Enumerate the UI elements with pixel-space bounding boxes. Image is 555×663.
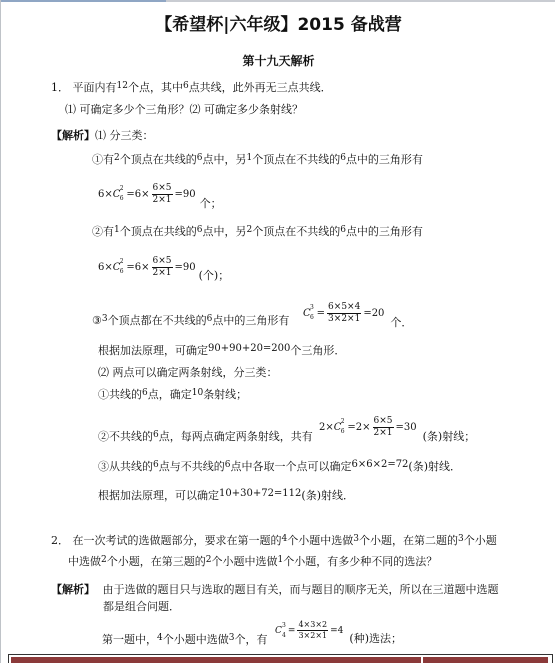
text: 点中，另 — [202, 153, 246, 166]
text: 个小题，在第三题的 — [107, 555, 206, 568]
text: 点中的三角形有 — [346, 153, 423, 166]
text: 个小题 — [464, 534, 497, 547]
analysis-1-heading: 【解析】⑴ 分三类： — [51, 129, 154, 143]
text: 个顶点在不共线的 — [252, 225, 340, 238]
sum-rays: 根据加法原理，可以确定10+30+72=112(条)射线． — [98, 489, 354, 504]
analysis-label: 【解析】 — [51, 129, 95, 142]
denominator: 2×1 — [153, 268, 172, 279]
text: ②不共线的 — [98, 430, 153, 443]
text: 点，每两点确定两条射线，共有 — [159, 430, 313, 443]
number: 3 — [102, 314, 108, 324]
denominator: 3×2×1 — [298, 631, 327, 641]
denominator: 2×1 — [374, 428, 393, 439]
formula-result: =20 — [363, 308, 384, 319]
document-title: 【希望杯|六年级】2015 备战营 — [1, 10, 555, 35]
number: 1 — [277, 555, 283, 565]
sup: 2 — [341, 418, 345, 425]
number: 3 — [458, 534, 464, 544]
ray-case-2: ②不共线的6点，每两点确定两条射线，共有 — [98, 430, 313, 445]
numerator: 6×5 — [152, 183, 173, 195]
text: 个顶点都在不共线的 — [108, 314, 207, 327]
ray-case-2-formula: 2× C26 =2× 6×52×1 =30 (条)射线； — [319, 416, 475, 439]
formula-result: =90 — [175, 189, 196, 200]
problem-1-questions: ⑴ 可确定多少个三角形？⑵ 可确定多少条射线？ — [65, 103, 303, 117]
combination-symbol: C26 — [113, 262, 127, 273]
denominator: 3×2×1 — [328, 314, 360, 325]
fraction: 4×3×23×2×1 — [297, 620, 328, 641]
formula-part: 6× — [98, 189, 113, 200]
equation: 90+90+20=200 — [208, 343, 290, 354]
sup: 2 — [120, 258, 124, 265]
number: 6 — [197, 153, 203, 163]
text: 中选做 — [68, 555, 101, 568]
text: 个小题，在第二题的 — [359, 534, 458, 547]
formula-result: =90 — [175, 262, 196, 273]
problem-number: 2． — [51, 534, 69, 547]
number: 2 — [101, 555, 107, 565]
case-1-formula: 6× C26 =6× 6×52×1 =90 个； — [98, 183, 222, 206]
text: 个小题中选做 — [211, 555, 277, 568]
ray-case-1: ①共线的6点，确定10条射线； — [98, 388, 247, 403]
sum-triangles: 根据加法原理，可确定90+90+20=200个三角形． — [98, 344, 345, 359]
case-3-formula: C36 = 6×5×43×2×1 =20 个． — [303, 302, 412, 325]
fraction: 6×5×43×2×1 — [327, 302, 361, 325]
text: 个三角形． — [290, 344, 345, 357]
number: 10 — [192, 388, 203, 398]
combination-symbol: C36 — [303, 308, 317, 319]
text: 根据加法原理，可以确定 — [98, 489, 219, 502]
text: ③ — [92, 314, 102, 327]
step-1-formula: C34 = 4×3×23×2×1 =4 (种)选法； — [275, 620, 402, 641]
number: 6 — [183, 81, 189, 91]
equation: 10+30+72=112 — [219, 488, 301, 499]
numerator: 6×5 — [373, 416, 394, 428]
text: (条)射线． — [301, 489, 354, 502]
number: 2 — [206, 555, 212, 565]
number: 2 — [246, 225, 252, 235]
case-2-formula: 6× C26 =6× 6×52×1 =90 (个)； — [98, 256, 229, 279]
number: 1 — [114, 225, 120, 235]
unit: (种)选法； — [349, 630, 402, 646]
sub: 4 — [282, 632, 286, 639]
unit: (条)射线； — [423, 428, 476, 444]
formula-result: =30 — [396, 422, 417, 433]
number: 2 — [114, 153, 120, 163]
number: 6 — [207, 314, 213, 324]
problem-1-stem: 1． 平面内有12个点，其中6点共线，此外再无三点共线． — [51, 81, 332, 96]
analysis-label: 【解析】 — [51, 583, 95, 596]
footer-bar-right — [423, 657, 548, 663]
text: 条射线； — [203, 388, 247, 401]
formula-part: 6× — [98, 262, 113, 273]
case-3-text: ③3个顶点都在不共线的6点中的三角形有 — [92, 314, 289, 329]
number: 3 — [353, 534, 359, 544]
combination-symbol: C26 — [113, 189, 127, 200]
equation: 6×6×2=72 — [351, 459, 408, 470]
fraction: 6×52×1 — [373, 416, 394, 439]
document-page: 【希望杯|六年级】2015 备战营 第十九天解析 1． 平面内有12个点，其中6… — [1, 2, 555, 663]
problem-number: 1． — [51, 81, 69, 94]
part-1-intro: ⑴ 分三类： — [95, 129, 154, 142]
text: 个顶点在共线的 — [120, 225, 197, 238]
text: 在一次考试的选做题部分，要求在第一题的 — [73, 534, 282, 547]
text: 根据加法原理，可确定 — [98, 344, 208, 357]
footer-bar-left — [11, 657, 421, 663]
text: 第一题中， — [102, 633, 157, 646]
numerator: 6×5×4 — [327, 302, 361, 314]
formula-part: 2× — [319, 422, 334, 433]
combination-symbol: C26 — [334, 422, 348, 433]
numerator: 6×5 — [152, 256, 173, 268]
unit: 个． — [390, 314, 412, 330]
formula-part: =6× — [126, 262, 149, 273]
text: 个小题中选做 — [287, 534, 353, 547]
number: 6 — [225, 460, 231, 470]
number: 3 — [229, 633, 235, 643]
analysis-2-line-1: 【解析】 由于选做的题目只与选取的题目有关，而与题目的顺序无关，所以在三道题中选… — [51, 583, 499, 597]
sup: 3 — [310, 304, 314, 311]
text: 个小题中选做 — [163, 633, 229, 646]
sup: 2 — [120, 185, 124, 192]
sup: 3 — [282, 622, 286, 629]
number: 6 — [197, 225, 203, 235]
combination-symbol: C34 — [275, 626, 288, 636]
formula-part: =2× — [347, 422, 370, 433]
document-subtitle: 第十九天解析 — [1, 52, 555, 69]
text: 由于选做的题目只与选取的题目有关，而与题目的顺序无关，所以在三道题中选题 — [103, 583, 499, 596]
text: 点与不共线的 — [159, 460, 225, 473]
number: 4 — [282, 534, 288, 544]
number: 6 — [340, 153, 346, 163]
sub: 6 — [310, 314, 314, 321]
case-1-text: ①有2个顶点在共线的6点中，另1个顶点在不共线的6点中的三角形有 — [92, 153, 423, 168]
number: 12 — [117, 81, 128, 91]
problem-2-stem-line-1: 2． 在一次考试的选做题部分，要求在第一题的4个小题中选做3个小题，在第二题的3… — [51, 534, 497, 549]
formula-result: =4 — [330, 626, 343, 636]
page-footer-bar — [8, 654, 553, 663]
text: 个点，其中 — [128, 81, 183, 94]
number: 4 — [157, 633, 163, 643]
text: ①共线的 — [98, 388, 142, 401]
text: 点中的三角形有 — [212, 314, 289, 327]
text: 点中，另 — [202, 225, 246, 238]
text: ②有 — [92, 225, 114, 238]
text: ①有 — [92, 153, 114, 166]
sub: 6 — [341, 428, 345, 435]
text: 点中的三角形有 — [346, 225, 423, 238]
sub: 6 — [120, 195, 124, 202]
ray-case-3: ③从共线的6点与不共线的6点中各取一个点可以确定6×6×2=72(条)射线． — [98, 460, 461, 475]
text: (条)射线． — [408, 460, 461, 473]
text: 点共线，此外再无三点共线． — [189, 81, 332, 94]
text: ③从共线的 — [98, 460, 153, 473]
formula-part: =6× — [126, 189, 149, 200]
text: 点，确定 — [148, 388, 192, 401]
unit: (个)； — [199, 267, 230, 283]
fraction: 6×52×1 — [152, 256, 173, 279]
number: 1 — [246, 153, 252, 163]
unit: 个； — [200, 195, 222, 211]
part-2-intro: ⑵ 两点可以确定两条射线，分三类： — [98, 366, 278, 380]
text: 个，有 — [234, 633, 267, 646]
denominator: 2×1 — [153, 195, 172, 206]
sub: 6 — [120, 268, 124, 275]
text: 个小题，有多少种不同的选法？ — [283, 555, 437, 568]
number: 6 — [153, 430, 159, 440]
text: 个顶点在共线的 — [120, 153, 197, 166]
number: 6 — [340, 225, 346, 235]
problem-2-stem-line-2: 中选做2个小题，在第三题的2个小题中选做1个小题，有多少种不同的选法？ — [68, 555, 437, 570]
number: 6 — [142, 388, 148, 398]
text: 平面内有 — [73, 81, 117, 94]
fraction: 6×52×1 — [152, 183, 173, 206]
step-1-text: 第一题中，4个小题中选做3个，有 — [102, 633, 267, 648]
numerator: 4×3×2 — [297, 620, 328, 631]
text: 点中各取一个点可以确定 — [230, 460, 351, 473]
number: 6 — [153, 460, 159, 470]
case-2-text: ②有1个顶点在共线的6点中，另2个顶点在不共线的6点中的三角形有 — [92, 225, 423, 240]
analysis-2-line-2: 都是组合问题． — [103, 600, 180, 614]
text: 个顶点在不共线的 — [252, 153, 340, 166]
